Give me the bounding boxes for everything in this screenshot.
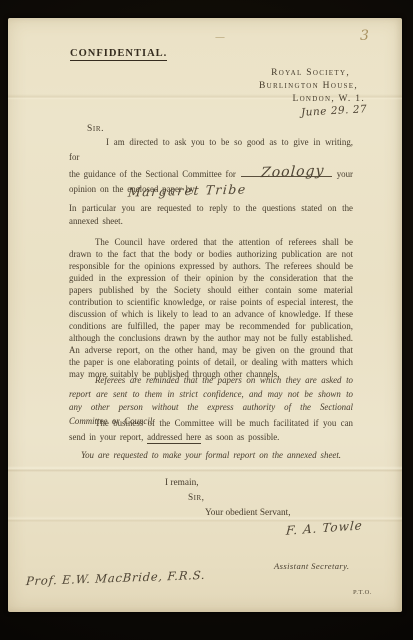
handwritten-committee: Zoology (260, 164, 324, 181)
handwritten-addressee: Prof. E.W. MacBride, F.R.S. (26, 568, 206, 588)
salutation: Sir. (87, 124, 104, 134)
opening-line-2: the guidance of the Sectional Committee … (69, 165, 353, 182)
paper-crease (8, 466, 402, 472)
opening-line-1: I am directed to ask you to be so good a… (69, 135, 353, 165)
committee-blank-line: Zoology (241, 165, 332, 177)
council-instructions-text: The Council have ordered that the attent… (69, 236, 353, 380)
letterhead-society: Royal Society, (271, 68, 350, 78)
letterhead-city: London, W. 1. (292, 94, 365, 104)
addressed-here-underlined: addressed here (147, 432, 201, 444)
council-instructions-paragraph: The Council have ordered that the attent… (69, 236, 353, 380)
closing-i-remain: I remain, (165, 478, 199, 488)
signature-title: Assistant Secretary. (274, 561, 349, 571)
letterhead-address: Burlington House, (259, 81, 358, 91)
closing-obedient-servant: Your obedient Servant, (205, 508, 291, 518)
annexed-sheet-paragraph: In particular you are requested to reply… (69, 202, 353, 228)
letter-paper: — 3 CONFIDENTIAL. Royal Society, Burling… (8, 18, 402, 612)
committee-label-end: your (337, 167, 353, 182)
pto-note: P.T.O. (353, 589, 372, 596)
formal-report-note: You are requested to make your formal re… (69, 449, 353, 461)
committee-label: the guidance of the Sectional Committee … (69, 167, 236, 182)
handwritten-signature: F. A. Towle (286, 518, 364, 537)
pencil-dash-mark: — (215, 32, 224, 43)
send-report-paragraph: The business of the Committee will be mu… (69, 416, 353, 444)
send-report-post: as soon as possible. (205, 432, 279, 442)
handwritten-date: June 29. 27 (301, 103, 368, 118)
photo-background: — 3 CONFIDENTIAL. Royal Society, Burling… (0, 0, 413, 640)
handwritten-author-name: Margaret Tribe (127, 181, 247, 199)
send-report-text: The business of the Committee will be mu… (69, 416, 353, 444)
confidential-stamp: CONFIDENTIAL. (70, 48, 167, 61)
pencil-page-number: 3 (360, 28, 369, 44)
closing-sir: Sir, (188, 493, 205, 503)
